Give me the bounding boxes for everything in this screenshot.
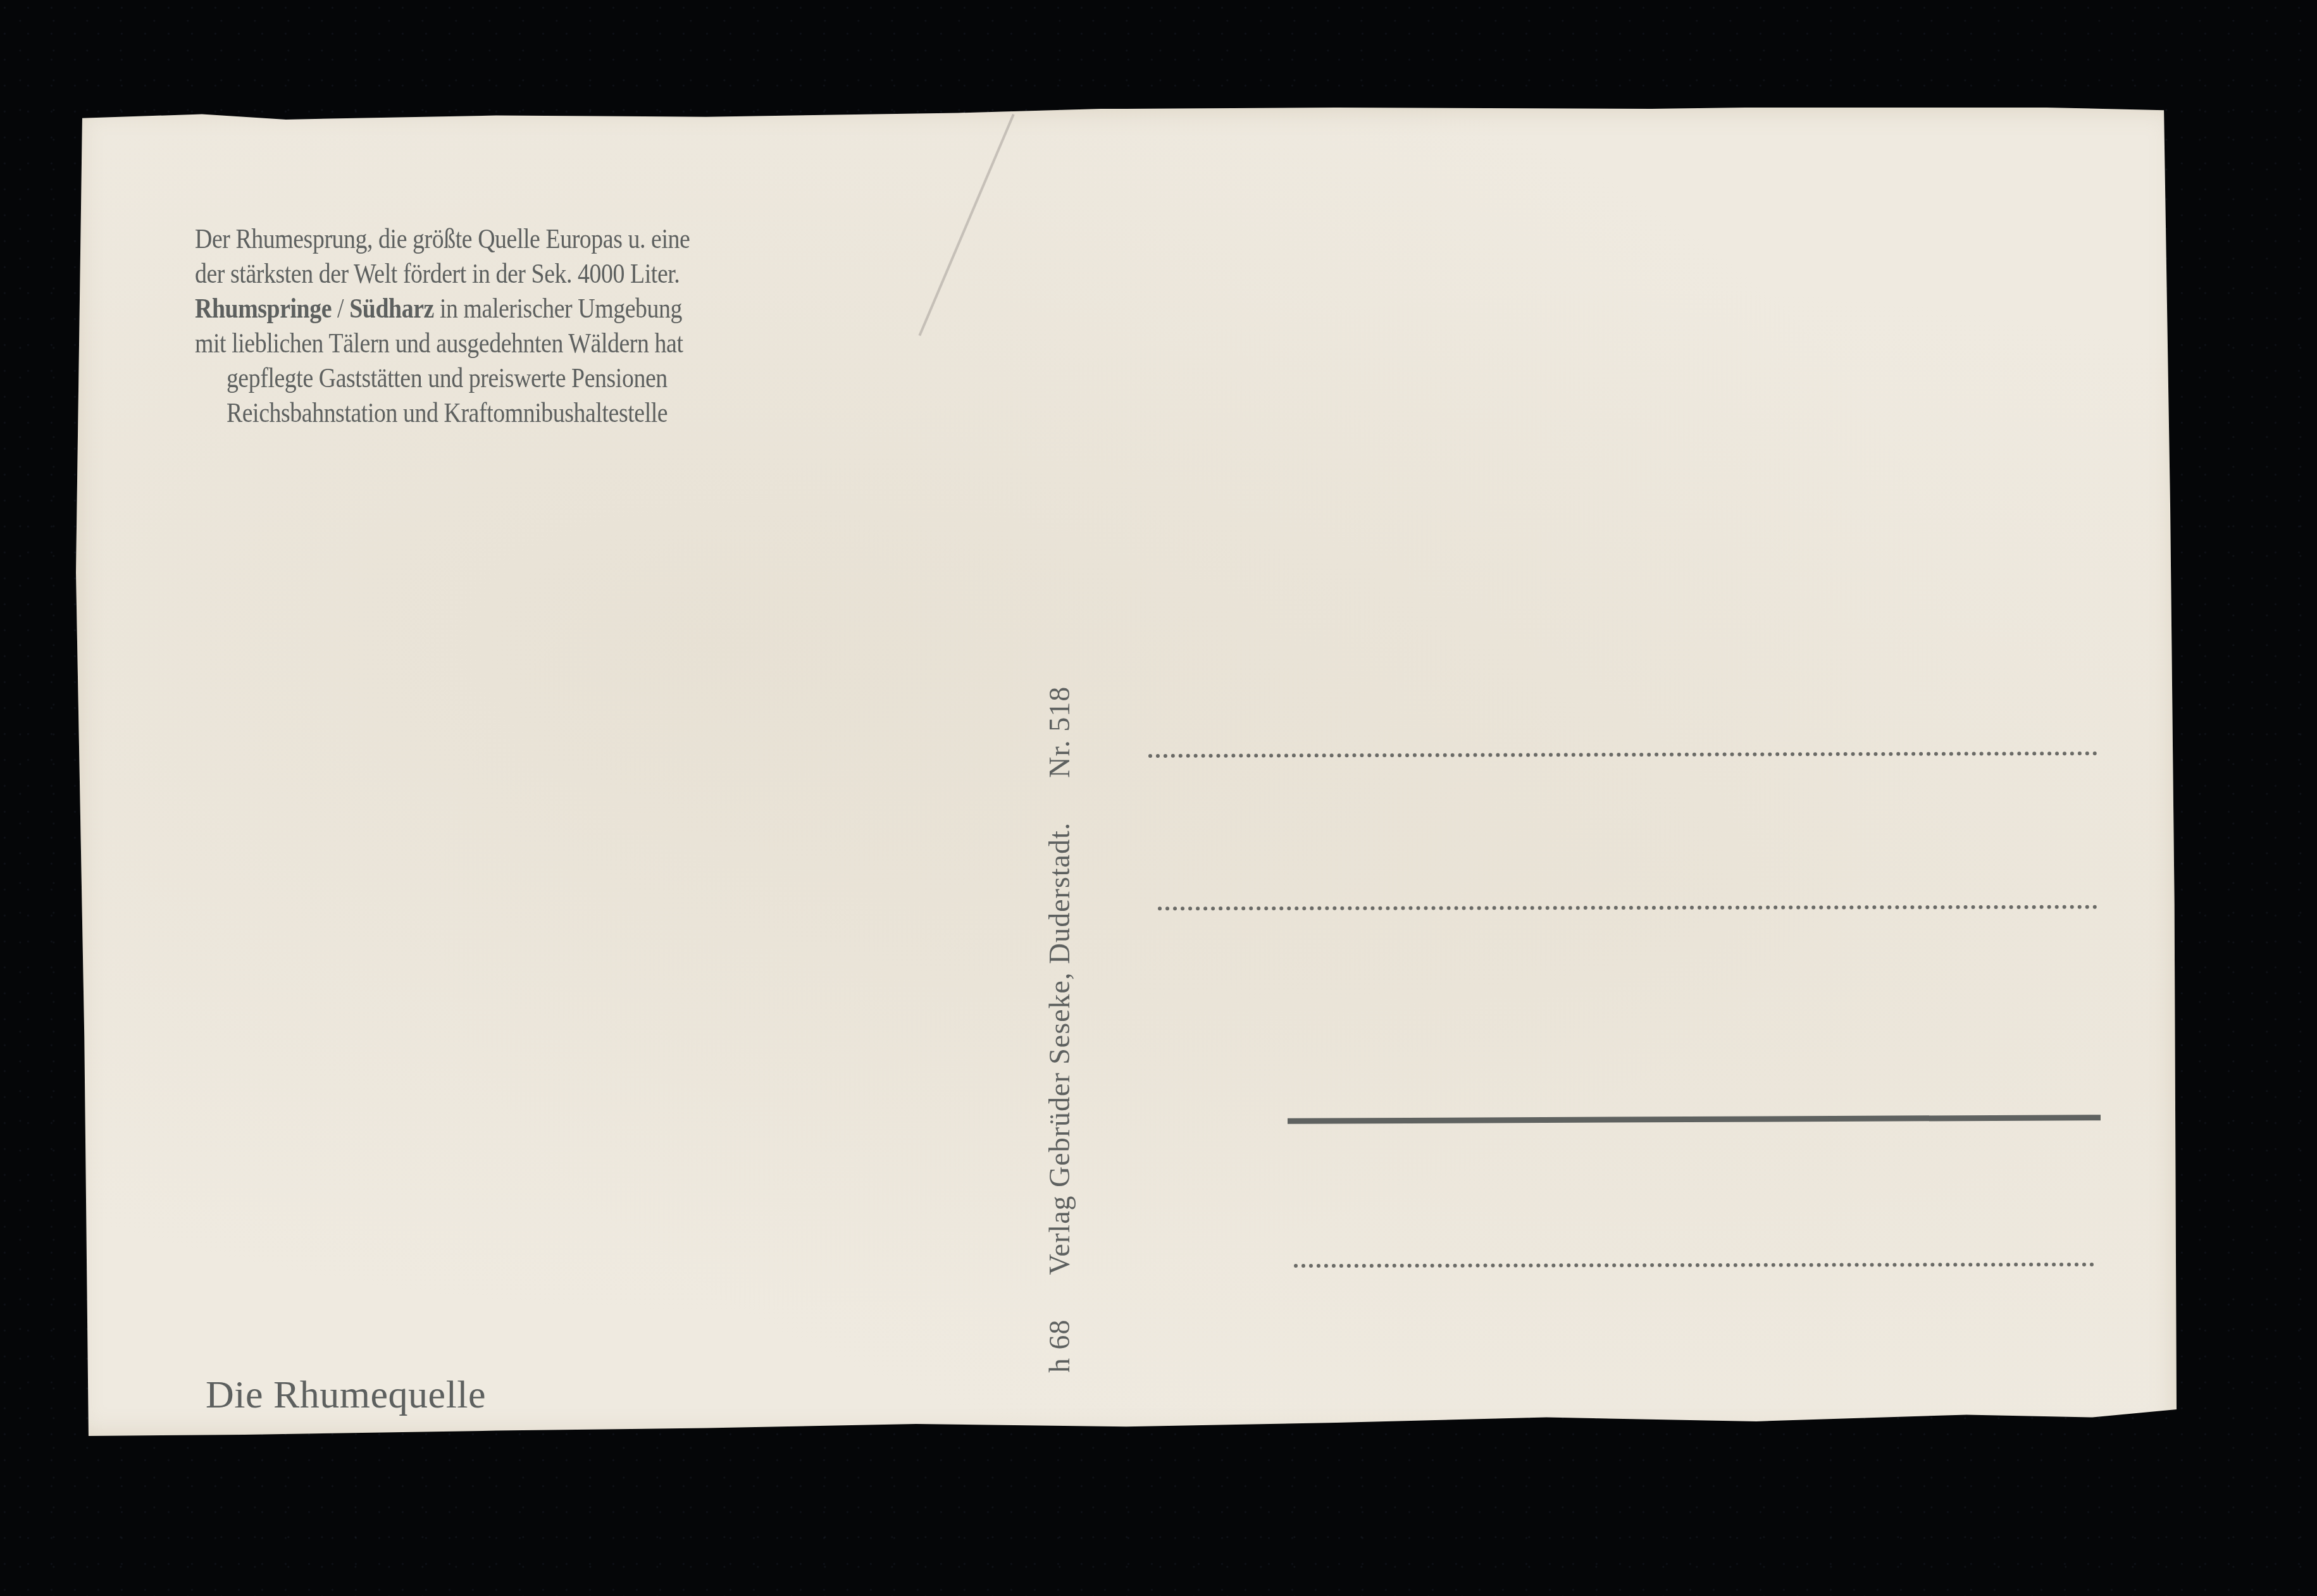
description-line-1: Der Rhumesprung, die größte Quelle Europ… bbox=[195, 221, 902, 256]
description-line-6: Reichsbahnstation und Kraftomnibushaltes… bbox=[195, 395, 902, 430]
separator: / bbox=[332, 293, 349, 324]
print-code: h 68 bbox=[1043, 1320, 1076, 1373]
description-line-5: gepflegte Gaststätten und preiswerte Pen… bbox=[195, 361, 902, 395]
description-line-2: der stärksten der Welt fördert in der Se… bbox=[195, 256, 902, 291]
postcard-back: Der Rhumesprung, die größte Quelle Europ… bbox=[76, 108, 2177, 1436]
address-line-2 bbox=[1158, 905, 2097, 911]
publisher-name: Verlag Gebrüder Seseke, Duderstadt. bbox=[1043, 822, 1076, 1275]
card-caption: Die Rhumequelle bbox=[206, 1373, 486, 1418]
description-line-4: mit lieblichen Tälern und ausgedehnten W… bbox=[195, 326, 902, 361]
address-line-4 bbox=[1294, 1263, 2094, 1268]
publisher-imprint: h 68Verlag Gebrüder Seseke, Duderstadt.N… bbox=[1041, 686, 1079, 1373]
town-name: Rhumspringe bbox=[195, 293, 332, 324]
description-text-block: Der Rhumesprung, die größte Quelle Europ… bbox=[195, 221, 1017, 430]
description-line-3: Rhumspringe / Südharz in malerischer Umg… bbox=[195, 291, 902, 326]
address-line-1 bbox=[1148, 752, 2097, 758]
region-name: Südharz bbox=[349, 293, 434, 324]
address-line-3 bbox=[1288, 1115, 2101, 1124]
card-number: Nr. 518 bbox=[1043, 686, 1076, 778]
description-line-3-rest: in malerischer Umgebung bbox=[434, 293, 682, 324]
